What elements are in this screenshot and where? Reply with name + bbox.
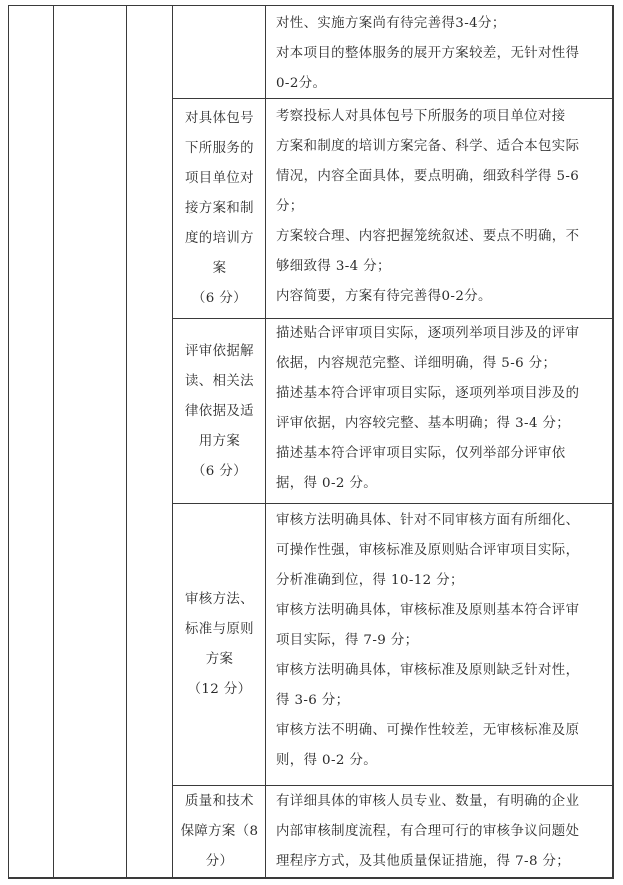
description-line: 审核方法不明确、可操作性较差，无审核标准及原 xyxy=(276,716,607,746)
description-line: 0-2分。 xyxy=(276,69,607,99)
column-divider xyxy=(53,6,54,877)
name-line: 律依据及适 xyxy=(176,397,263,427)
description-line: 内容简要，方案有待完善得0-2分。 xyxy=(276,282,607,312)
criteria-description: 有详细具体的审核人员专业、数量，有明确的企业 内部审核制度流程，有合理可行的审核… xyxy=(267,787,613,877)
description-line: 可操作性强，审核标准及原则贴合评审项目实际， xyxy=(276,536,607,566)
criteria-description: 对性、实施方案尚有待完善得3-4分； 对本项目的整体服务的展开方案较差，无针对性… xyxy=(267,9,613,99)
name-line: 方案 xyxy=(176,645,263,675)
description-line: 项目实际，得 7-9 分； xyxy=(276,626,607,656)
criteria-description: 描述贴合评审项目实际，逐项列举项目涉及的评审 依据，内容规范完整、详细明确，得 … xyxy=(267,319,613,499)
name-line: 评审依据解 xyxy=(176,337,263,367)
description-line: 据，得 0-2 分。 xyxy=(276,469,607,499)
name-line: 案 xyxy=(176,254,263,284)
description-line: 描述基本符合评审项目实际，逐项列举项目涉及的 xyxy=(276,379,607,409)
description-line: 方案较合理、内容把握笼统叙述、要点不明确，不 xyxy=(276,222,607,252)
row-divider xyxy=(173,503,612,504)
description-line: 审核方法明确具体，审核标准及原则基本符合评审 xyxy=(276,596,607,626)
description-line: 方案和制度的培训方案完备、科学、适合本包实际 xyxy=(276,132,607,162)
name-line: 度的培训方 xyxy=(176,224,263,254)
description-line: 分析准确到位，得 10-12 分； xyxy=(276,566,607,596)
description-line: 考察投标人对具体包号下所服务的项目单位对接 xyxy=(276,102,607,132)
description-line: 对本项目的整体服务的展开方案较差，无针对性得 xyxy=(276,39,607,69)
name-line: 分） xyxy=(176,847,263,877)
description-line: 理程序方式，及其他质量保证措施，得 7-8 分； xyxy=(276,847,607,877)
description-line: 评审依据，内容较完整、基本明确；得 3-4 分； xyxy=(276,409,607,439)
name-line: 读、相关法 xyxy=(176,367,263,397)
criteria-name: 审核方法、 标准与原则 方案 （12 分） xyxy=(173,505,266,785)
name-line: （6 分） xyxy=(176,284,263,314)
description-line: 对性、实施方案尚有待完善得3-4分； xyxy=(276,9,607,39)
description-line: 依据，内容规范完整、详细明确，得 5-6 分； xyxy=(276,349,607,379)
scoring-table: 对性、实施方案尚有待完善得3-4分； 对本项目的整体服务的展开方案较差，无针对性… xyxy=(8,5,614,879)
name-line: 项目单位对 xyxy=(176,164,263,194)
name-line: 下所服务的 xyxy=(176,134,263,164)
criteria-name: 对具体包号 下所服务的 项目单位对 接方案和制 度的培训方 案 （6 分） xyxy=(173,100,266,318)
criteria-description: 考察投标人对具体包号下所服务的项目单位对接 方案和制度的培训方案完备、科学、适合… xyxy=(267,102,613,312)
description-line: 得 3-6 分； xyxy=(276,686,607,716)
name-line: （6 分） xyxy=(176,457,263,487)
description-line: 审核方法明确具体，审核标准及原则缺乏针对性， xyxy=(276,656,607,686)
criteria-name: 质量和技术 保障方案（8 分） xyxy=(173,787,266,877)
criteria-name: 评审依据解 读、相关法 律依据及适 用方案 （6 分） xyxy=(173,320,266,503)
description-line: 情况，内容全面具体，要点明确，细致科学得 5-6 xyxy=(276,162,607,192)
description-line: 审核方法明确具体、针对不同审核方面有所细化、 xyxy=(276,506,607,536)
row-divider xyxy=(173,785,612,786)
description-line: 有详细具体的审核人员专业、数量，有明确的企业 xyxy=(276,787,607,817)
name-line: 用方案 xyxy=(176,427,263,457)
description-line: 描述贴合评审项目实际，逐项列举项目涉及的评审 xyxy=(276,319,607,349)
name-line: 审核方法、 xyxy=(176,585,263,615)
description-line: 够细致得 3-4 分； xyxy=(276,252,607,282)
name-line: （12 分） xyxy=(176,675,263,705)
name-line: 质量和技术 xyxy=(176,787,263,817)
description-line: 描述基本符合评审项目实际，仅列举部分评审依 xyxy=(276,439,607,469)
description-line: 分； xyxy=(276,192,607,222)
criteria-description: 审核方法明确具体、针对不同审核方面有所细化、 可操作性强，审核标准及原则贴合评审… xyxy=(267,506,613,776)
name-line: 标准与原则 xyxy=(176,615,263,645)
description-line: 则，得 0-2 分。 xyxy=(276,746,607,776)
name-line: 接方案和制 xyxy=(176,194,263,224)
column-divider xyxy=(126,6,127,877)
description-line: 内部审核制度流程，有合理可行的审核争议问题处 xyxy=(276,817,607,847)
name-line: 对具体包号 xyxy=(176,104,263,134)
name-line: 保障方案（8 xyxy=(176,817,263,847)
